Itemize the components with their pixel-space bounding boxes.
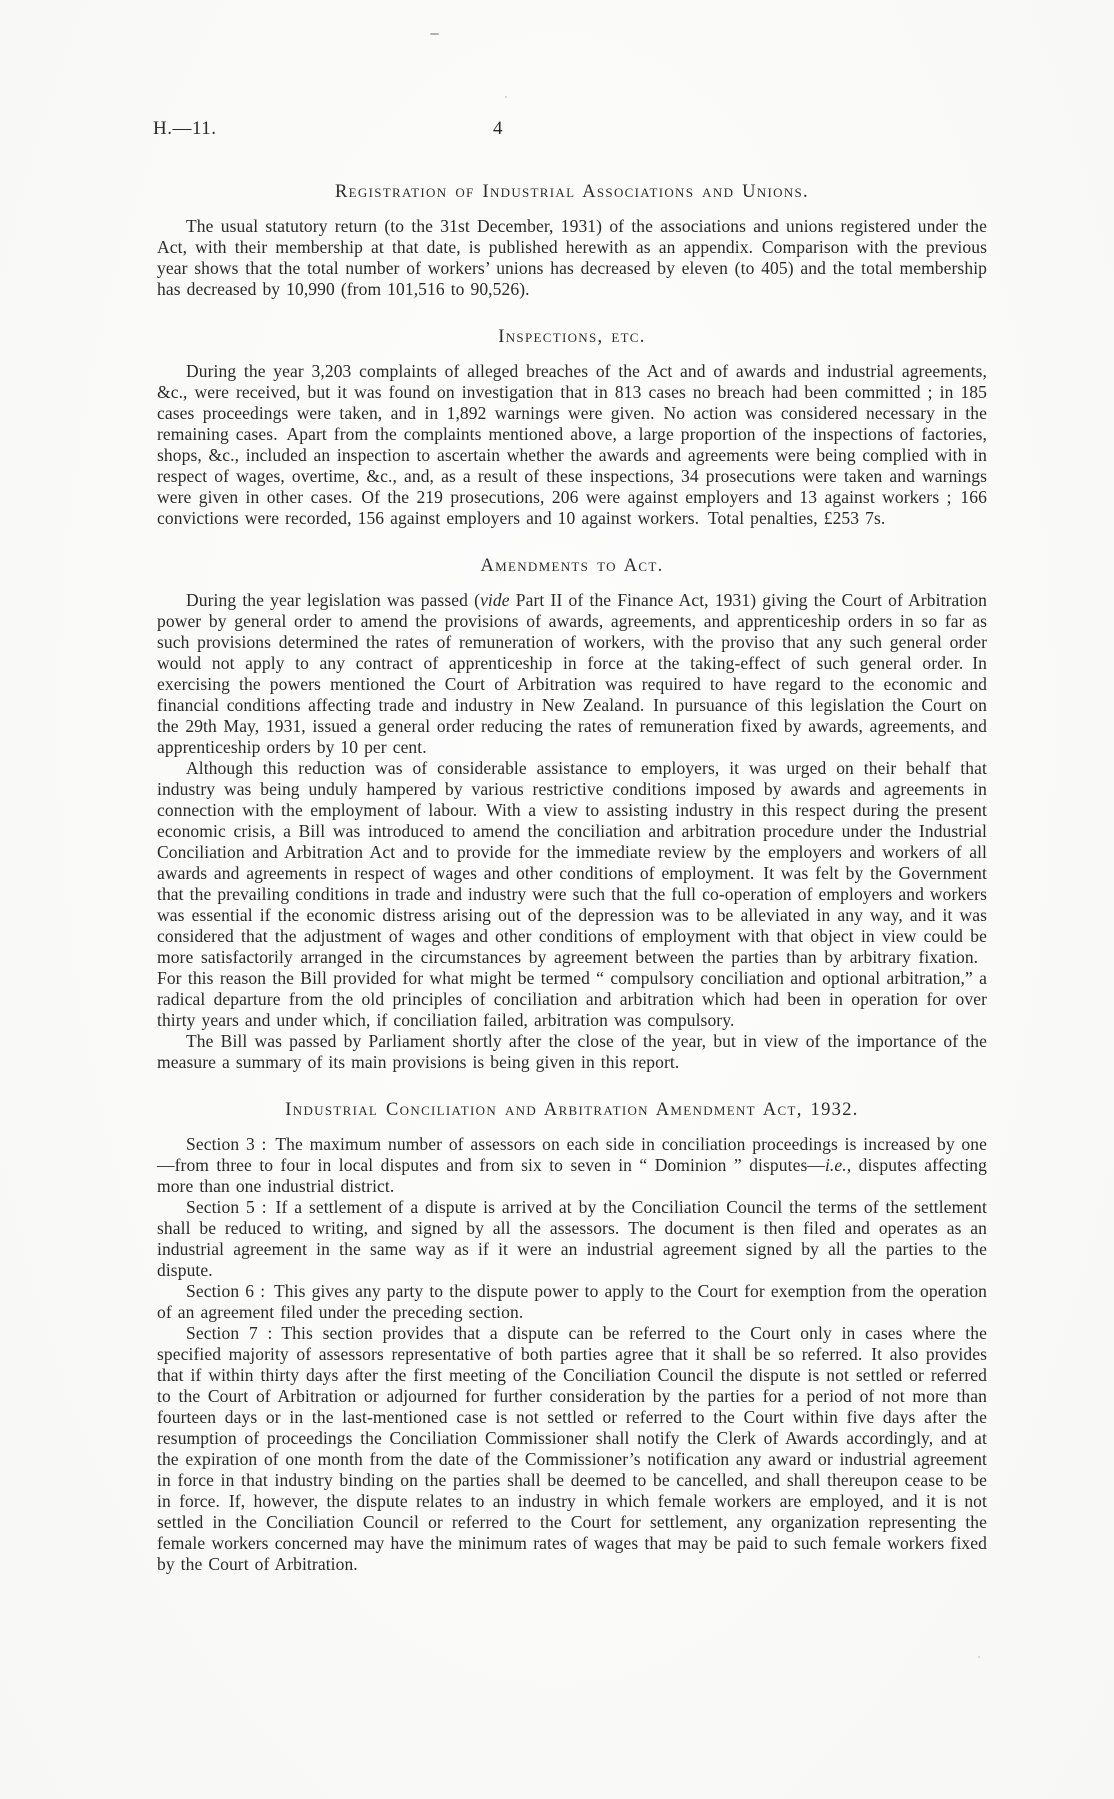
text-run: Section 7 : This section provides that a… xyxy=(157,1323,987,1574)
paragraph: During the year legislation was passed (… xyxy=(157,590,987,758)
section-heading: Industrial Conciliation and Arbitration … xyxy=(157,1100,987,1121)
scan-speck xyxy=(978,1656,980,1658)
paragraph: Section 6 : This gives any party to the … xyxy=(157,1281,987,1323)
paragraph: The usual statutory return (to the 31st … xyxy=(157,216,987,300)
italic-text: i.e., xyxy=(825,1155,851,1175)
paragraph: During the year 3,203 complaints of alle… xyxy=(157,361,987,529)
scan-speck xyxy=(505,96,507,98)
scan-speck xyxy=(430,33,439,35)
italic-text: vide xyxy=(480,590,510,610)
doc-reference: H.—11. xyxy=(153,118,217,140)
document-page: H.—11. 4 Registration of Industrial Asso… xyxy=(0,0,1114,1799)
section-heading: Registration of Industrial Associations … xyxy=(157,182,987,203)
text-run: Part II of the Finance Act, 1931) giving… xyxy=(157,590,987,757)
section-heading: Amendments to Act. xyxy=(157,556,987,577)
scan-speck xyxy=(833,244,835,246)
paragraph: Section 5 : If a settlement of a dispute… xyxy=(157,1197,987,1281)
section-heading: Inspections, etc. xyxy=(157,327,987,348)
text-run: During the year 3,203 complaints of alle… xyxy=(157,361,987,528)
paragraph: Although this reduction was of considera… xyxy=(157,758,987,1031)
paragraph: The Bill was passed by Parliament shortl… xyxy=(157,1031,987,1073)
paragraph: Section 7 : This section provides that a… xyxy=(157,1323,987,1575)
text-run: The Bill was passed by Parliament shortl… xyxy=(157,1031,987,1072)
paragraph: Section 3 : The maximum number of assess… xyxy=(157,1134,987,1197)
page-header: H.—11. 4 xyxy=(157,118,987,140)
document-body: Registration of Industrial Associations … xyxy=(157,182,987,1575)
text-run: During the year legislation was passed ( xyxy=(186,590,480,610)
text-run: The usual statutory return (to the 31st … xyxy=(157,216,987,299)
text-run: Section 6 : This gives any party to the … xyxy=(157,1281,987,1322)
page-number: 4 xyxy=(493,118,503,140)
text-run: Section 5 : If a settlement of a dispute… xyxy=(157,1197,987,1280)
text-run: Although this reduction was of considera… xyxy=(157,758,987,1030)
